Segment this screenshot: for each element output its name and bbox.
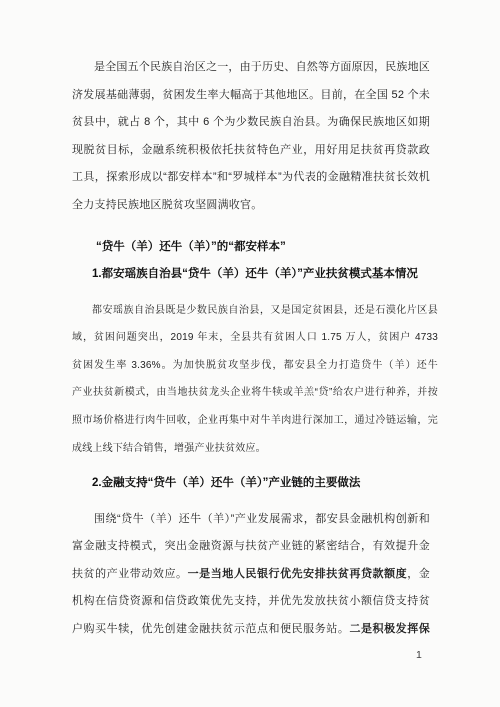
- text-line: 济发展基础薄弱，贫困发生率大幅高于其他地区。目前，在全国 52 个未脱: [72, 82, 430, 110]
- text-line: 成线上线下结合销售，增强产业扶贫效应。: [72, 435, 438, 463]
- subheading-2-main-practices: 2.金融支持“贷牛（羊）还牛（羊）”产业链的主要做法: [72, 470, 430, 498]
- text-line: 围绕“贷牛（羊）还牛（羊）”产业发展需求，都安县金融机构创新和丰: [72, 506, 430, 534]
- paragraph-duan-county: 都安瑶族自治县既是少数民族自治县，又是国定贫困县，还是石漠化片区县 域，贫困问题…: [72, 297, 438, 463]
- text-line: 产业扶贫新模式，由当地扶贫龙头企业将牛犊或羊羔“贷”给农户进行种养，并按: [72, 379, 438, 407]
- text-line: 贫困发生率 3.36%。为加快脱贫攻坚步伐，都安县全力打造贷牛（羊）还牛（羊）”: [72, 352, 438, 380]
- text-line: 工具，探索形成以“都安样本”和“罗城样本”为代表的金融精准扶贫长效机制，: [72, 164, 430, 192]
- section-heading-duan-sample: “贷牛（羊）还牛（羊）”的“都安样本”: [72, 234, 430, 262]
- text-line: 都安瑶族自治县既是少数民族自治县，又是国定贫困县，还是石漠化片区县: [72, 297, 438, 325]
- document-page: 是全国五个民族自治区之一，由于历史、自然等方面原因，民族地区经 济发展基础薄弱，…: [0, 0, 500, 707]
- text-line: 是全国五个民族自治区之一，由于历史、自然等方面原因，民族地区经: [72, 54, 430, 82]
- text-line: 域，贫困问题突出，2019 年末，全县共有贫困人口 1.75 万人，贫困户 47…: [72, 324, 438, 352]
- text-run: 扶贫的产业带动效应。: [72, 568, 188, 580]
- paragraph-finance-support: 围绕“贷牛（羊）还牛（羊）”产业发展需求，都安县金融机构创新和丰 富金融支持模式…: [72, 506, 430, 644]
- text-line: 贫县中，就占 8 个，其中 6 个为少数民族自治县。为确保民族地区如期实: [72, 109, 430, 137]
- text-line: 户购买牛犊，优先创建金融扶贫示范点和便民服务站。二是积极发挥保险: [72, 616, 430, 644]
- text-line: 机构在信贷资源和信贷政策优先支持，并优先发放扶贫小额信贷支持贫困: [72, 588, 430, 616]
- text-line: 富金融支持模式，突出金融资源与扶贫产业链的紧密结合，有效提升金融: [72, 533, 430, 561]
- text-run: 户购买牛犊，优先创建金融扶贫示范点和便民服务站。: [72, 623, 349, 635]
- text-line: 照市场价格进行肉牛回收，企业再集中对牛羊肉进行深加工，通过冷链运输，完: [72, 407, 438, 435]
- text-line: 现脱贫目标，金融系统积极依托扶贫特色产业，用好用足扶贫再贷款政策: [72, 137, 430, 165]
- text-run-bold: 一是当地人民银行优先安排扶贫再贷款额度: [188, 568, 408, 580]
- page-number: 1: [416, 649, 422, 661]
- subheading-1-basic-situation: 1.都安瑶族自治县“贷牛（羊）还牛（羊）”产业扶贫模式基本情况: [72, 261, 430, 289]
- document-body: 是全国五个民族自治区之一，由于历史、自然等方面原因，民族地区经 济发展基础薄弱，…: [72, 54, 438, 644]
- paragraph-intro: 是全国五个民族自治区之一，由于历史、自然等方面原因，民族地区经 济发展基础薄弱，…: [72, 54, 430, 220]
- text-line: 全力支持民族地区脱贫攻坚圆满收官。: [72, 192, 430, 220]
- text-line: 扶贫的产业带动效应。一是当地人民银行优先安排扶贫再贷款额度，金融: [72, 561, 430, 589]
